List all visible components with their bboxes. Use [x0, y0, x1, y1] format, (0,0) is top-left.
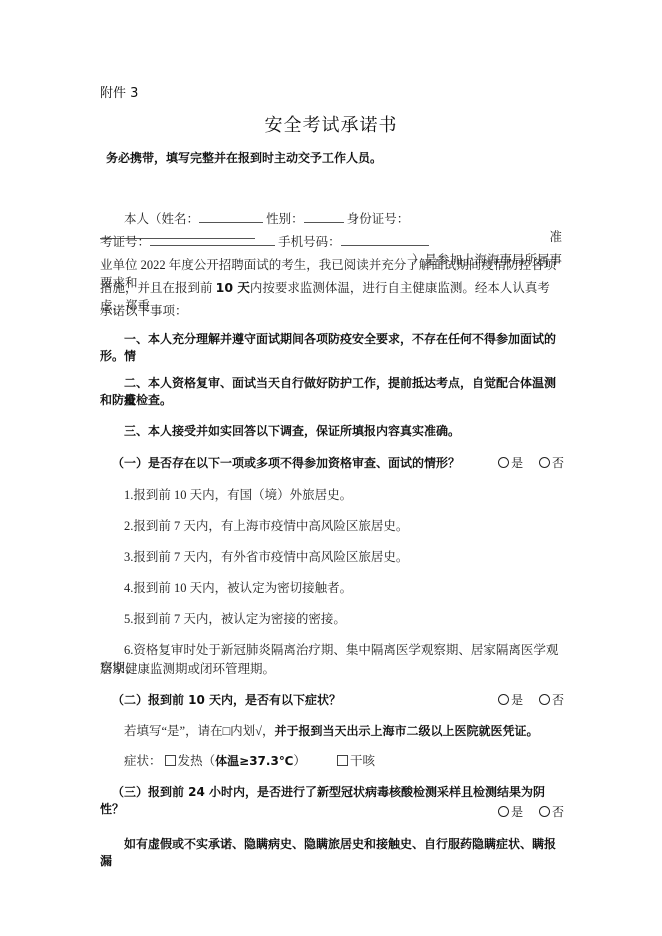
- q2-instruction-bold: 并于报到当天出示上海市二级以上医院就医凭证。: [275, 724, 539, 738]
- q2-option-no-label: 否: [552, 693, 564, 707]
- radio-circle-icon: [539, 806, 550, 817]
- exam-id-label: 考证号：: [100, 235, 150, 249]
- gender-field[interactable]: [304, 211, 344, 223]
- radio-circle-icon: [539, 694, 550, 705]
- q3-options: 是 否: [498, 803, 564, 820]
- document-title: 安全考试承诺书: [0, 111, 662, 137]
- q3-question-text: （三）报到前 24 小时内，是否进行了新型冠状病毒核酸检测采样且检测结果为阴性？: [100, 785, 545, 816]
- id-number-label: 身份证号：: [347, 212, 410, 226]
- survey-q3-question: （三）报到前 24 小时内，是否进行了新型冠状病毒核酸检测采样且检测结果为阴性？: [100, 783, 562, 817]
- q2-option-yes-label: 是: [511, 693, 523, 707]
- fever-label: 发热（: [178, 754, 216, 768]
- intro-line-4-before: 措施，并且在报到前: [100, 281, 216, 295]
- q1-item-2-text: 2.报到前 7 天内，有上海市疫情中高风险区旅居史。: [100, 519, 408, 533]
- q1-option-no-label: 否: [552, 456, 564, 470]
- q3-option-yes-label: 是: [511, 805, 523, 819]
- ten-days-emphasis: 10 天: [216, 280, 250, 295]
- commitment-1-line-2: 形。: [100, 347, 562, 364]
- q2-instruction: 若填写“是”，请在□内划√，并于报到当天出示上海市二级以上医院就医凭证。: [100, 721, 562, 739]
- radio-circle-icon: [498, 694, 509, 705]
- survey-q2-question: （二）报到前 10 天内，是否有以下症状？: [100, 691, 562, 708]
- q2-option-yes[interactable]: 是: [498, 693, 523, 707]
- dry-cough-label: 干咳: [350, 754, 375, 768]
- q2-question-text: （二）报到前 10 天内，是否有以下症状？: [100, 693, 341, 707]
- gender-label: 性别：: [266, 212, 304, 226]
- checkbox-icon: [165, 755, 176, 766]
- symptom-fever-checkbox[interactable]: 发热（体温≥37.3℃）: [165, 754, 306, 768]
- intro-line-5: 承诺以下事项：: [100, 301, 562, 319]
- closing-line-1: 如有虚假或不实承诺、隐瞒病史、隐瞒旅居史和接触史、自行服药隐瞒症状、瞒报漏: [100, 837, 556, 868]
- name-label: 本人（姓名：: [100, 212, 199, 226]
- fever-label-close: ）: [293, 754, 306, 768]
- q1-item-4-text: 4.报到前 10 天内，被认定为密切接触者。: [100, 581, 352, 595]
- exam-id-field[interactable]: [150, 234, 275, 246]
- q1-item-3: 3.报到前 7 天内，有外省市疫情中高风险区旅居史。: [100, 547, 562, 565]
- q1-item-5: 5.报到前 7 天内，被认定为密接的密接。: [100, 609, 562, 627]
- document-page: 附件 3 安全考试承诺书 务必携带，填写完整并在报到时主动交予工作人员。 本人（…: [0, 0, 662, 936]
- checkbox-icon: [337, 755, 348, 766]
- temperature-threshold: 体温≥37.3℃: [215, 754, 293, 768]
- q2-option-no[interactable]: 否: [539, 693, 564, 707]
- attachment-label: 附件 3: [100, 82, 138, 101]
- commitment-3-line-1: 三、本人接受并如实回答以下调查，保证所填报内容真实准确。: [100, 422, 562, 439]
- radio-circle-icon: [498, 806, 509, 817]
- q1-item-2: 2.报到前 7 天内，有上海市疫情中高风险区旅居史。: [100, 516, 562, 534]
- commitment-3: 三、本人接受并如实回答以下调查，保证所填报内容真实准确。: [100, 422, 562, 439]
- closing-statement: 如有虚假或不实承诺、隐瞒病史、隐瞒旅居史和接触史、自行服药隐瞒症状、瞒报漏: [100, 835, 562, 869]
- q1-option-yes-label: 是: [511, 456, 523, 470]
- q1-item-3-text: 3.报到前 7 天内，有外省市疫情中高风险区旅居史。: [100, 550, 408, 564]
- q1-item-1-text: 1.报到前 10 天内，有国（境）外旅居史。: [100, 488, 352, 502]
- q1-item-1: 1.报到前 10 天内，有国（境）外旅居史。: [100, 485, 562, 503]
- phone-label: 手机号码：: [278, 235, 341, 249]
- radio-circle-icon: [539, 457, 550, 468]
- q1-option-yes[interactable]: 是: [498, 456, 523, 470]
- q1-option-no[interactable]: 否: [539, 456, 564, 470]
- q2-symptoms: 症状： 发热（体温≥37.3℃） 干咳: [100, 751, 562, 769]
- q1-question-text: （一）是否存在以下一项或多项不得参加资格审查、面试的情形？: [100, 456, 460, 470]
- q1-item-6-line-2: 居家健康监测期或闭环管理期。: [100, 659, 562, 677]
- q2-instruction-normal: 若填写“是”，请在□内划√，: [100, 724, 275, 738]
- survey-q1-question: （一）是否存在以下一项或多项不得参加资格审查、面试的情形？: [100, 454, 562, 471]
- q1-item-5-text: 5.报到前 7 天内，被认定为密接的密接。: [100, 612, 346, 626]
- radio-circle-icon: [498, 457, 509, 468]
- q1-item-4: 4.报到前 10 天内，被认定为密切接触者。: [100, 578, 562, 596]
- q1-options: 是 否: [498, 454, 564, 471]
- name-field[interactable]: [199, 211, 263, 223]
- q3-option-yes[interactable]: 是: [498, 805, 523, 819]
- symptoms-label: 症状：: [100, 754, 162, 768]
- notice-text: 务必携带，填写完整并在报到时主动交予工作人员。: [106, 149, 382, 166]
- q3-option-no-label: 否: [552, 805, 564, 819]
- q3-option-no[interactable]: 否: [539, 805, 564, 819]
- symptom-dry-cough-checkbox[interactable]: 干咳: [337, 754, 375, 768]
- commitment-2-line-2: 和防疫检查。: [100, 391, 562, 408]
- phone-field[interactable]: [341, 234, 429, 246]
- q2-options: 是 否: [498, 691, 564, 708]
